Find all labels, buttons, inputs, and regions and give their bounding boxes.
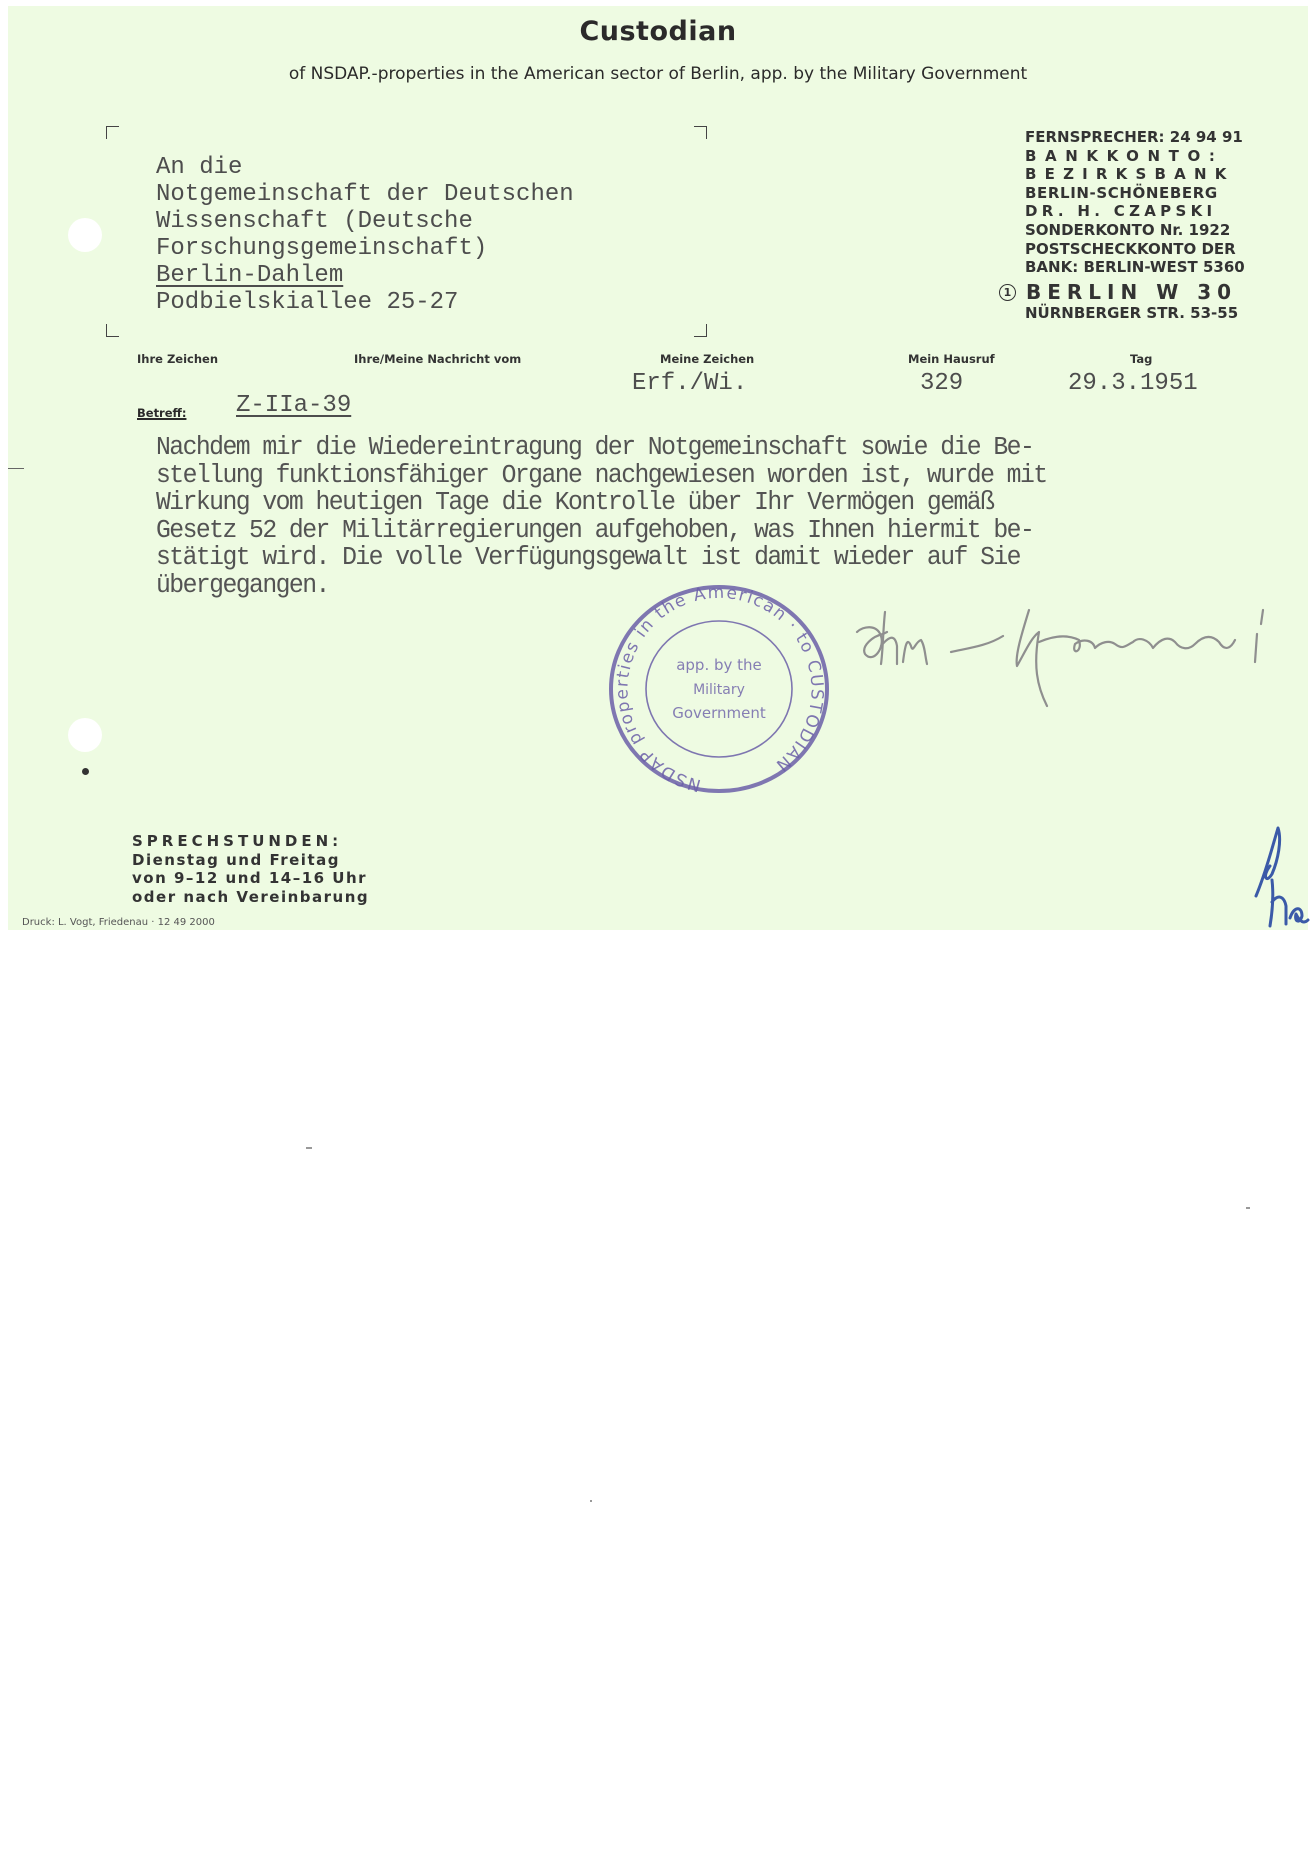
contact-block: FERNSPRECHER: 24 94 91 BANKKONTO: BEZIRK… (1025, 128, 1245, 323)
body-line: Wirkung vom heutigen Tage die Kontrolle … (156, 489, 1242, 517)
scan-speck (590, 1500, 592, 1502)
scan-speck (306, 1147, 312, 1149)
fold-mark-line (8, 468, 24, 469)
letterhead-subtitle: of NSDAP.-properties in the American sec… (8, 64, 1308, 84)
print-note: Druck: L. Vogt, Friedenau · 12 49 2000 (22, 917, 215, 928)
city-text: BERLIN W 30 (1026, 283, 1237, 302)
office-hours-line: Dienstag und Freitag (132, 851, 369, 870)
office-hours: SPRECHSTUNDEN: Dienstag und Freitag von … (132, 832, 369, 906)
office-hours-line: oder nach Vereinbarung (132, 888, 369, 907)
signature-icon (843, 606, 1283, 726)
bank-line: POSTSCHECKKONTO DER (1025, 240, 1245, 259)
recipient-street: Podbielskiallee 25-27 (156, 289, 574, 316)
betreff-label: Betreff: (137, 406, 186, 420)
body-line: stellung funktionsfähiger Organe nachgew… (156, 462, 1242, 490)
recipient-address: An die Notgemeinschaft der Deutschen Wis… (156, 154, 574, 316)
hausruf-label: Mein Hausruf (908, 352, 995, 366)
punch-hole-top (68, 218, 102, 252)
bank-line: BANK: BERLIN-WEST 5360 (1025, 258, 1245, 277)
fold-mark-dot (82, 768, 89, 775)
initials-icon (1242, 818, 1310, 933)
letter-sheet: Custodian of NSDAP.-properties in the Am… (8, 6, 1308, 930)
office-hours-heading: SPRECHSTUNDEN: (132, 832, 369, 851)
sender-city: 1 BERLIN W 30 (999, 283, 1245, 302)
betreff-value: Z-IIa-39 (236, 392, 351, 419)
stamp-inner-line: Military (693, 682, 745, 698)
ihre-zeichen-label: Ihre Zeichen (137, 352, 218, 366)
hausruf-value: 329 (920, 370, 963, 397)
punch-hole-bottom (68, 718, 102, 752)
address-corner-mark-br (694, 324, 707, 337)
scan-speck (1246, 1207, 1250, 1209)
body-line: Gesetz 52 der Militärregierungen aufgeho… (156, 517, 1242, 545)
bank-line: DR. H. CZAPSKI (1025, 202, 1245, 221)
address-corner-mark-tr (694, 126, 707, 139)
address-corner-mark-bl (106, 324, 119, 337)
office-hours-line: von 9–12 und 14–16 Uhr (132, 869, 369, 888)
body-line: stätigt wird. Die volle Verfügungsgewalt… (156, 544, 1242, 572)
nachricht-label: Ihre/Meine Nachricht vom (354, 352, 521, 366)
postal-district-badge: 1 (999, 284, 1016, 301)
tag-label: Tag (1130, 352, 1152, 366)
meine-zeichen-label: Meine Zeichen (660, 352, 754, 366)
bank-line: BERLIN-SCHÖNEBERG (1025, 184, 1245, 203)
recipient-line: An die (156, 154, 574, 181)
sender-street: NÜRNBERGER STR. 53-55 (1025, 304, 1245, 323)
address-corner-mark-tl (106, 126, 119, 139)
recipient-line: Forschungsgemeinschaft) (156, 235, 574, 262)
bank-line: BANKKONTO: (1025, 147, 1245, 166)
recipient-line: Wissenschaft (Deutsche (156, 208, 574, 235)
custodian-stamp-icon: NSDAP properties in the American · to CU… (606, 582, 832, 796)
letterhead-title: Custodian (8, 16, 1308, 47)
bank-line: BEZIRKSBANK (1025, 165, 1245, 184)
meine-zeichen-value: Erf./Wi. (632, 370, 747, 397)
body-line: Nachdem mir die Wiedereintragung der Not… (156, 434, 1242, 462)
phone-number: FERNSPRECHER: 24 94 91 (1025, 128, 1245, 147)
recipient-line: Notgemeinschaft der Deutschen (156, 181, 574, 208)
recipient-city: Berlin-Dahlem (156, 262, 574, 289)
date-value: 29.3.1951 (1068, 370, 1198, 397)
stamp-inner-line: Government (672, 704, 766, 722)
stamp-inner-line: app. by the (676, 656, 762, 674)
letter-body: Nachdem mir die Wiedereintragung der Not… (156, 434, 1242, 600)
bank-line: SONDERKONTO Nr. 1922 (1025, 221, 1245, 240)
